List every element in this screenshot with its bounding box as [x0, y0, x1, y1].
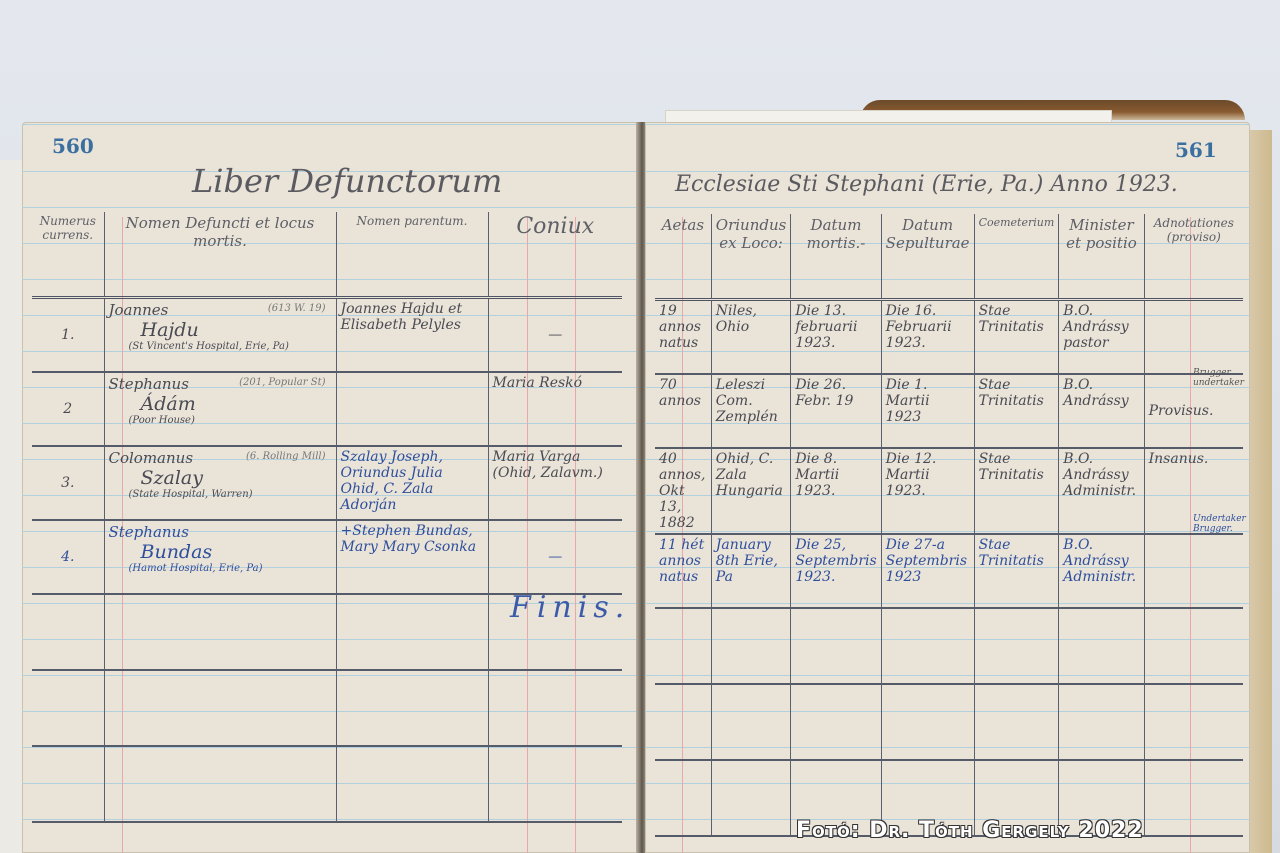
burial-date-cell: Die 27-a Septembris 1923	[881, 534, 974, 608]
table-row: 70 annos Leleszi Com. Zemplén Die 26. Fe…	[655, 374, 1243, 448]
surname: Szalay	[109, 467, 332, 489]
column-header: Datum mortis.-	[791, 214, 881, 300]
minister-cell: B.O. Andrássy pastor	[1059, 300, 1144, 375]
death-date-cell: Die 26. Febr. 19	[791, 374, 881, 448]
entry-number: 4.	[32, 520, 104, 594]
parents-cell: +Stephen Bundas, Mary Mary Csonka	[336, 520, 488, 594]
death-date-cell: Die 13. februarii 1923.	[791, 300, 881, 375]
given-name: Stephanus	[109, 523, 332, 541]
spouse-cell: —	[488, 298, 622, 373]
minister-cell: B.O. Andrássy	[1059, 374, 1144, 448]
place-of-death: (Hamot Hospital, Erie, Pa)	[109, 563, 332, 574]
margin-note: Undertaker Brugger.	[1193, 514, 1248, 534]
address: (201, Popular St)	[239, 377, 325, 388]
address: (6. Rolling Mill)	[246, 451, 326, 462]
origin-cell: January 8th Erie, Pa	[711, 534, 791, 608]
table-row: 1. Joannes (613 W. 19) Hajdu (St Vincent…	[32, 298, 622, 373]
minister-cell: B.O. Andrássy Administr.	[1059, 448, 1144, 534]
margin-note: Brugger undertaker	[1193, 368, 1248, 388]
table-row: 4. Stephanus Bundas (Hamot Hospital, Eri…	[32, 520, 622, 594]
deceased-cell: Stephanus (201, Popular St) Ádám (Poor H…	[104, 372, 336, 446]
entry-number: 1.	[32, 298, 104, 373]
page-number: 561	[1175, 138, 1217, 162]
burial-date-cell: Die 16. Februarii 1923.	[881, 300, 974, 375]
place-of-death: (State Hospital, Warren)	[109, 489, 332, 500]
notes-cell	[1144, 534, 1243, 608]
cemetery-cell: Stae Trinitatis	[974, 300, 1059, 375]
entry-number: 3.	[32, 446, 104, 520]
spouse-cell: —	[488, 520, 622, 594]
spouse-cell: Maria Reskó	[488, 372, 622, 446]
burial-date-cell: Die 1. Martii 1923	[881, 374, 974, 448]
photo-credit-watermark: Fotó: Dr. Tóth Gergely 2022	[796, 818, 1144, 843]
deceased-cell: Colomanus (6. Rolling Mill) Szalay (Stat…	[104, 446, 336, 520]
column-header: Oriundus ex Loco:	[711, 214, 791, 300]
surname: Ádám	[109, 393, 332, 415]
column-header: Nomen parentum.	[336, 212, 488, 298]
entry-number: 2	[32, 372, 104, 446]
left-page: 560 Liber Defunctorum Numerus currens. N…	[22, 122, 640, 853]
parents-cell: Joannes Hajdu et Elisabeth Pelyles	[336, 298, 488, 373]
page-number: 560	[52, 134, 94, 158]
age-cell: 19 annos natus	[655, 300, 711, 375]
surname: Bundas	[109, 541, 332, 563]
table-row: 40 annos, Okt 13, 1882 Ohid, C. Zala Hun…	[655, 448, 1243, 534]
cemetery-cell: Stae Trinitatis	[974, 374, 1059, 448]
origin-cell: Niles, Ohio	[711, 300, 791, 375]
origin-cell: Leleszi Com. Zemplén	[711, 374, 791, 448]
spouse-cell: Maria Varga (Ohid, Zalavm.)	[488, 446, 622, 520]
cemetery-cell: Stae Trinitatis	[974, 448, 1059, 534]
table-row: 2 Stephanus (201, Popular St) Ádám (Poor…	[32, 372, 622, 446]
origin-cell: Ohid, C. Zala Hungaria	[711, 448, 791, 534]
page-title: Ecclesiae Sti Stephani (Erie, Pa.) Anno …	[675, 172, 1178, 197]
page-title: Liber Defunctorum	[192, 162, 502, 200]
cemetery-cell: Stae Trinitatis	[974, 534, 1059, 608]
column-header: Datum Sepulturae	[881, 214, 974, 300]
column-header: Nomen Defuncti et locus mortis.	[104, 212, 336, 298]
age-cell: 11 hét annos natus	[655, 534, 711, 608]
table-row: 19 annos natus Niles, Ohio Die 13. febru…	[655, 300, 1243, 375]
deceased-cell: Joannes (613 W. 19) Hajdu (St Vincent's …	[104, 298, 336, 373]
deceased-cell: Stephanus Bundas (Hamot Hospital, Erie, …	[104, 520, 336, 594]
book-right-edge	[1250, 130, 1272, 853]
column-header: Numerus currens.	[32, 212, 104, 298]
death-date-cell: Die 25, Septembris 1923.	[791, 534, 881, 608]
surname: Hajdu	[109, 319, 332, 341]
table-row: 11 hét annos natus January 8th Erie, Pa …	[655, 534, 1243, 608]
place-of-death: (Poor House)	[109, 415, 332, 426]
column-header: Coniux	[488, 212, 622, 298]
right-page: 561 Ecclesiae Sti Stephani (Erie, Pa.) A…	[645, 122, 1250, 853]
column-header: Minister et positio	[1059, 214, 1144, 300]
burial-date-cell: Die 12. Martii 1923.	[881, 448, 974, 534]
column-header: Aetas	[655, 214, 711, 300]
address: (613 W. 19)	[268, 303, 326, 314]
column-header: Coemeterium	[974, 214, 1059, 300]
age-cell: 40 annos, Okt 13, 1882	[655, 448, 711, 534]
notes-cell	[1144, 300, 1243, 375]
finis-note: Finis.	[510, 590, 630, 625]
register-table-right: Aetas Oriundus ex Loco: Datum mortis.- D…	[655, 214, 1243, 837]
minister-cell: B.O. Andrássy Administr.	[1059, 534, 1144, 608]
register-table-left: Numerus currens. Nomen Defuncti et locus…	[32, 212, 622, 823]
place-of-death: (St Vincent's Hospital, Erie, Pa)	[109, 341, 332, 352]
age-cell: 70 annos	[655, 374, 711, 448]
column-header: Adnotationes (proviso)	[1144, 214, 1243, 300]
death-date-cell: Die 8. Martii 1923.	[791, 448, 881, 534]
parents-cell	[336, 372, 488, 446]
table-row: 3. Colomanus (6. Rolling Mill) Szalay (S…	[32, 446, 622, 520]
parents-cell: Szalay Joseph, Oriundus Julia Ohid, C. Z…	[336, 446, 488, 520]
